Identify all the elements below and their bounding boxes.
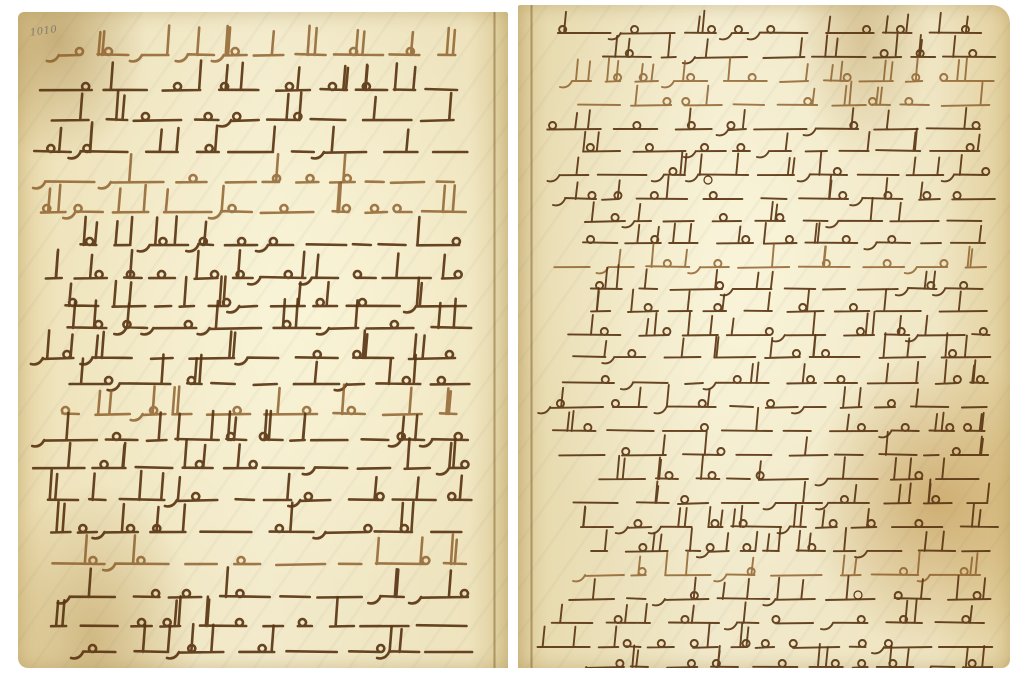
script-line <box>34 122 467 158</box>
script-line <box>547 108 980 135</box>
script-line <box>53 535 467 571</box>
script-line <box>548 151 990 181</box>
script-line <box>599 456 978 486</box>
script-line <box>573 333 990 363</box>
script-line <box>81 216 460 251</box>
script-line <box>558 11 981 40</box>
script-line <box>51 596 466 626</box>
script-line <box>538 385 987 414</box>
script-line <box>40 61 457 91</box>
script-line <box>51 502 461 538</box>
script-line <box>585 198 982 227</box>
script-line <box>603 35 995 64</box>
script-line <box>591 527 990 557</box>
left-page-script-lines <box>18 12 508 668</box>
script-line <box>583 129 980 158</box>
script-line <box>563 360 988 390</box>
script-line <box>573 551 980 581</box>
script-line <box>33 438 468 474</box>
script-line <box>591 265 983 295</box>
script-line <box>52 91 454 127</box>
script-line <box>68 299 472 335</box>
script-line <box>48 470 471 506</box>
script-line <box>573 479 989 509</box>
right-manuscript-page <box>518 5 1010 668</box>
script-line <box>583 223 985 249</box>
script-line <box>559 431 988 455</box>
script-line <box>538 624 993 654</box>
right-page-script-lines <box>518 5 1010 668</box>
script-line <box>33 153 454 188</box>
script-line <box>58 567 468 603</box>
script-line <box>47 26 455 62</box>
verse-marker-icon <box>854 591 862 599</box>
script-line <box>62 385 456 421</box>
left-manuscript-page: 1010 <box>18 12 508 668</box>
script-line <box>569 576 990 606</box>
verse-marker-icon <box>704 176 712 184</box>
script-line <box>66 277 466 313</box>
script-line <box>578 82 989 106</box>
script-line <box>553 176 995 205</box>
script-line <box>560 58 994 88</box>
script-line <box>46 250 462 285</box>
script-line <box>71 624 472 658</box>
script-line <box>553 408 985 438</box>
script-line <box>568 312 990 342</box>
script-line <box>591 288 987 312</box>
script-line <box>581 504 998 534</box>
